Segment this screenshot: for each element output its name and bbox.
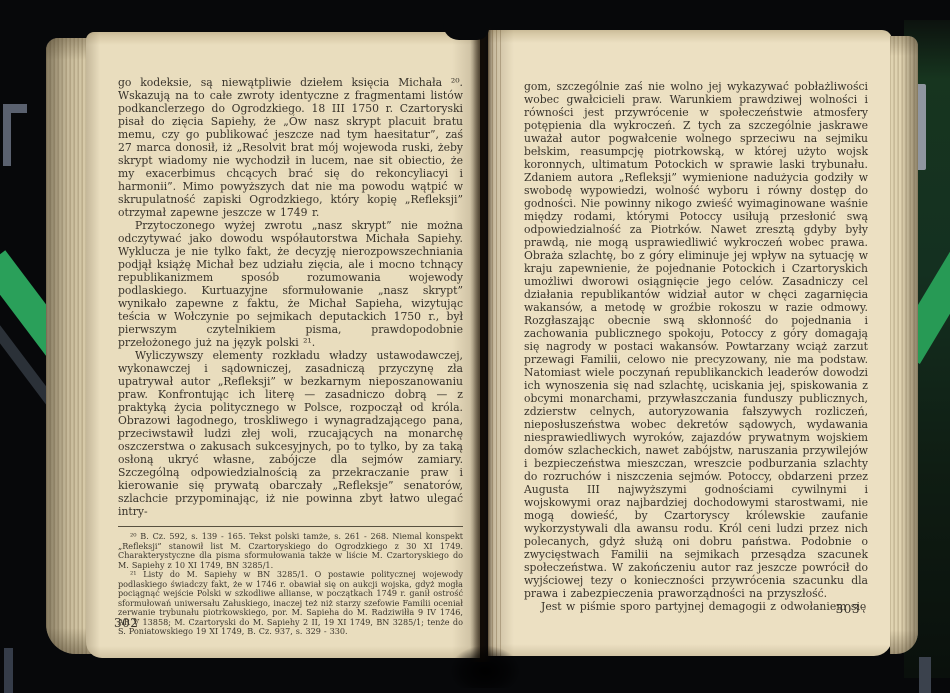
left-page-text: go kodeksie, są niewątpliwie dziełem ksi… — [118, 76, 463, 637]
paragraph: gom, szczególnie zaś nie wolno jej wykaz… — [524, 80, 868, 600]
right-page-number: 303 — [836, 602, 860, 616]
left-page-number: 302 — [114, 616, 138, 630]
gutter-top-notch — [443, 0, 489, 40]
right-page: gom, szczególnie zaś nie wolno jej wykaz… — [488, 30, 892, 656]
paragraph: Wyliczywszy elementy rozkładu władzy ust… — [118, 349, 463, 518]
book-gutter-shadow — [470, 28, 492, 662]
paragraph: Jest w piśmie sporo partyjnej demagogii … — [524, 600, 868, 613]
footnote-rule — [118, 526, 463, 527]
gutter-bottom-shadow — [450, 646, 520, 688]
page-edge-shading — [890, 36, 918, 654]
scene-background: go kodeksie, są niewątpliwie dziełem ksi… — [0, 0, 950, 693]
left-page: go kodeksie, są niewątpliwie dziełem ksi… — [86, 32, 480, 658]
open-book: go kodeksie, są niewątpliwie dziełem ksi… — [0, 0, 950, 693]
paragraph: go kodeksie, są niewątpliwie dziełem ksi… — [118, 76, 463, 219]
right-page-edge-stack — [890, 36, 918, 654]
right-page-text: gom, szczególnie zaś nie wolno jej wykaz… — [524, 80, 868, 613]
footnotes-block: ²⁰ B. Cz. 592, s. 139 - 165. Tekst polsk… — [118, 532, 463, 637]
paragraph: Przytoczonego wyżej zwrotu „nasz skrypt”… — [118, 219, 463, 349]
footnote: ²⁰ B. Cz. 592, s. 139 - 165. Tekst polsk… — [118, 532, 463, 570]
footnote: ²¹ Listy do M. Sapiehy w BN 3285/1. O po… — [118, 570, 463, 637]
